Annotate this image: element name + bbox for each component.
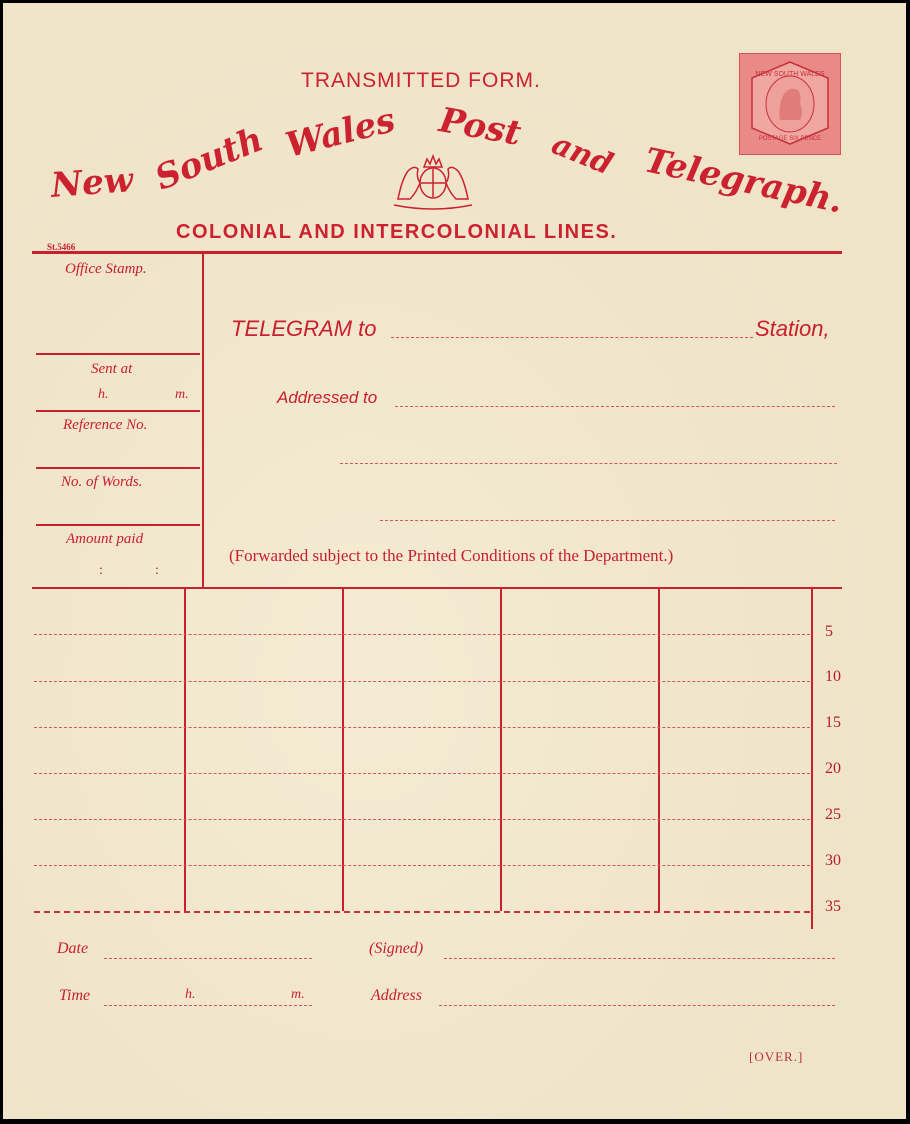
station-input-line[interactable] [391, 337, 753, 338]
grid-row-line[interactable] [34, 634, 810, 635]
divider [36, 353, 200, 355]
word-count-30: 30 [825, 852, 841, 870]
address-line-2[interactable] [340, 463, 837, 464]
grid-col-divider [342, 589, 344, 911]
address-label: Address [371, 987, 422, 1005]
word-count-10: 10 [825, 668, 841, 686]
sender-address-line[interactable] [439, 1005, 835, 1006]
grid-col-divider [500, 589, 502, 911]
queen-portrait-icon: NEW SOUTH WALES POSTAGE SIX PENCE [750, 60, 830, 146]
top-rule [32, 251, 842, 254]
title-word-south: South [150, 119, 269, 198]
amount-sep-1: : [99, 563, 103, 579]
word-count-20: 20 [825, 760, 841, 778]
time-hours-label: h. [185, 987, 196, 1003]
amount-paid-label: Amount paid [66, 531, 143, 548]
grid-row-line[interactable] [34, 727, 810, 728]
signed-input-line[interactable] [444, 958, 835, 959]
mid-rule [32, 587, 842, 589]
date-input-line[interactable] [104, 958, 312, 959]
svg-text:NEW SOUTH WALES: NEW SOUTH WALES [756, 71, 825, 78]
over-note: [OVER.] [749, 1049, 803, 1065]
word-count-5: 5 [825, 623, 833, 641]
addressed-to-label: Addressed to [277, 388, 377, 408]
grid-col-divider [658, 589, 660, 911]
left-panel-divider [202, 254, 204, 587]
address-line-3[interactable] [380, 520, 835, 521]
coat-of-arms-icon [388, 149, 478, 211]
grid-row-line[interactable] [34, 773, 810, 774]
forwarded-note: (Forwarded subject to the Printed Condit… [229, 546, 673, 566]
signed-label: (Signed) [369, 940, 423, 958]
time-minutes-label: m. [291, 987, 305, 1003]
reference-label: Reference No. [63, 417, 147, 434]
title-word-post: Post [436, 100, 524, 154]
date-label: Date [57, 940, 88, 958]
grid-row-line[interactable] [34, 911, 810, 913]
sent-at-label: Sent at [91, 361, 132, 378]
word-count-15: 15 [825, 714, 841, 732]
time-input-line[interactable] [104, 1005, 312, 1006]
word-count-25: 25 [825, 806, 841, 824]
time-label: Time [59, 987, 90, 1005]
station-label: Station, [755, 316, 830, 342]
grid-col-divider [184, 589, 186, 911]
svg-text:POSTAGE SIX PENCE: POSTAGE SIX PENCE [759, 136, 821, 142]
address-line-1[interactable] [395, 406, 835, 407]
sent-hours-label: h. [98, 387, 109, 403]
sent-minutes-label: m. [175, 387, 189, 403]
grid-row-line[interactable] [34, 865, 810, 866]
divider [36, 524, 200, 526]
divider [36, 467, 200, 469]
office-stamp-label: Office Stamp. [65, 261, 147, 278]
words-count-label: No. of Words. [61, 474, 142, 491]
divider [36, 410, 200, 412]
amount-sep-2: : [155, 563, 159, 579]
grid-row-line[interactable] [34, 819, 810, 820]
grid-right-border [811, 589, 813, 929]
title-word-and: and [547, 127, 618, 183]
telegram-form: TRANSMITTED FORM. New South Wales Post a… [3, 3, 906, 1119]
title-word-new: New [50, 160, 135, 206]
postage-stamp: NEW SOUTH WALES POSTAGE SIX PENCE [739, 53, 841, 155]
title-word-wales: Wales [282, 100, 399, 166]
form-type-heading: TRANSMITTED FORM. [301, 69, 541, 93]
telegram-to-label: TELEGRAM to [231, 316, 376, 342]
grid-row-line[interactable] [34, 681, 810, 682]
subtitle: COLONIAL AND INTERCOLONIAL LINES. [176, 221, 617, 244]
word-count-35: 35 [825, 898, 841, 916]
